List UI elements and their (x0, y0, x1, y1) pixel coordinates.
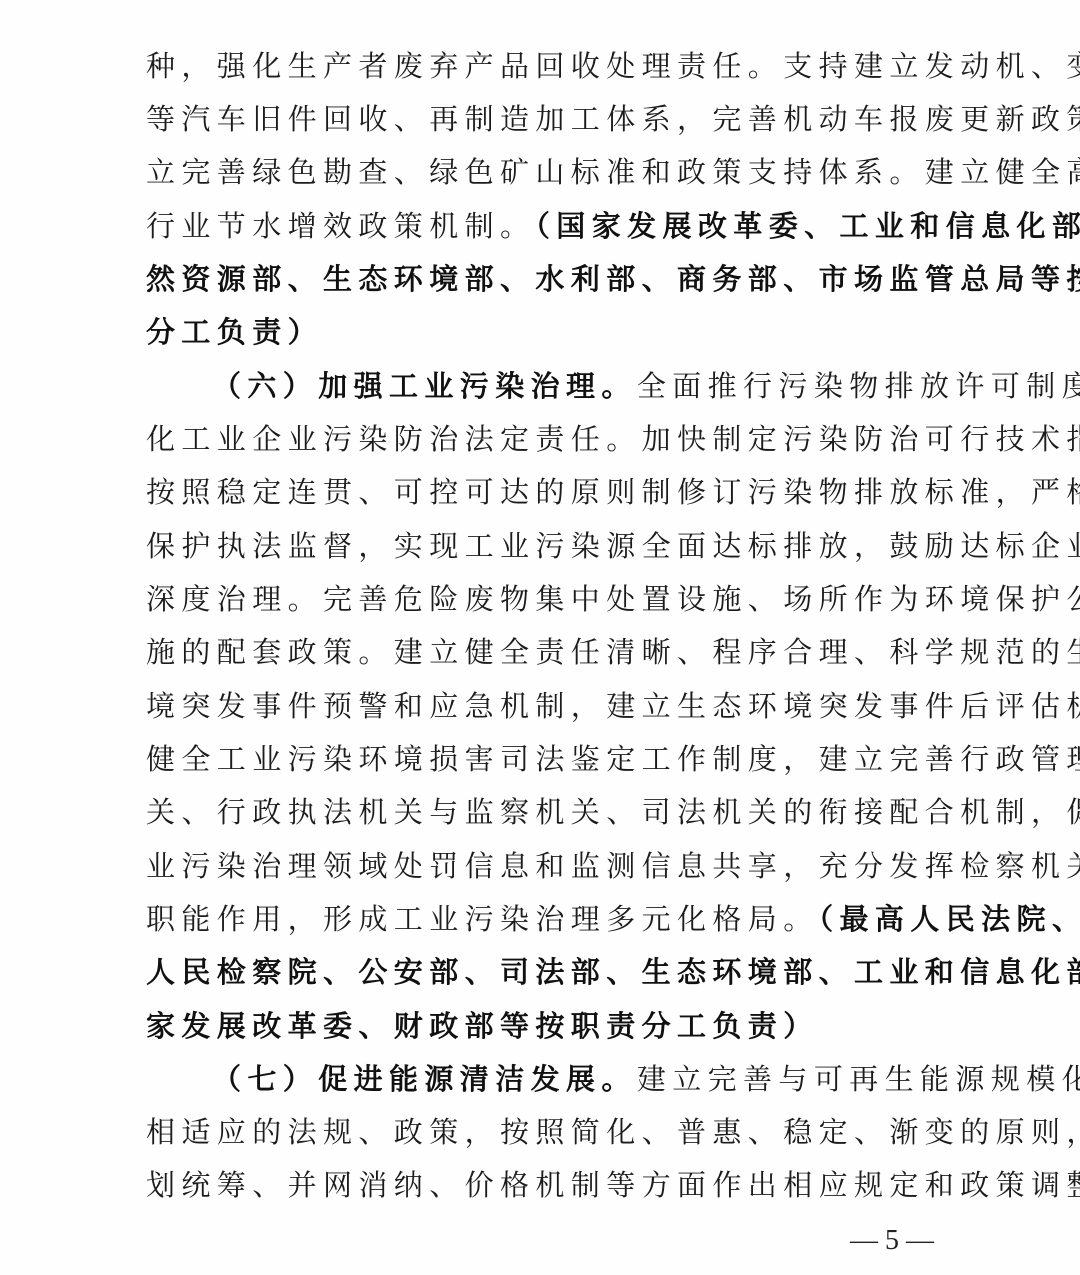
text-line: 施的配套政策。建立健全责任清晰、程序合理、科学规范的生态环 (146, 632, 946, 672)
text-line: 相适应的法规、政策，按照简化、普惠、稳定、渐变的原则，在规 (146, 1112, 946, 1152)
responsible-agencies-line: 然资源部、生态环境部、水利部、商务部、市场监管总局等按职责 (146, 259, 946, 299)
text-line: 境突发事件预警和应急机制，建立生态环境突发事件后评估机制。 (146, 686, 946, 726)
responsible-agencies-line: 家发展改革委、财政部等按职责分工负责） (146, 1006, 946, 1046)
text-run: 职能作用，形成工业污染治理多元化格局。 (146, 902, 819, 936)
document-page: 种，强化生产者废弃产品回收处理责任。支持建立发动机、变速箱 等汽车旧件回收、再制… (0, 0, 1080, 1275)
text-line: 划统筹、并网消纳、价格机制等方面作出相应规定和政策调整，建 (146, 1165, 946, 1205)
text-line: 等汽车旧件回收、再制造加工体系，完善机动车报废更新政策。建 (146, 99, 946, 139)
responsible-agencies: （最高人民法院、最高 (819, 902, 1080, 936)
responsible-agencies-line: 分工负责） (146, 312, 946, 352)
responsible-agencies: （国家发展改革委、工业和信息化部、自 (535, 209, 1080, 243)
text-line: 深度治理。完善危险废物集中处置设施、场所作为环境保护公共设 (146, 579, 946, 619)
text-run: 行业节水增效政策机制。 (146, 209, 535, 243)
text-line: 种，强化生产者废弃产品回收处理责任。支持建立发动机、变速箱 (146, 46, 946, 86)
text-line: 按照稳定连贯、可控可达的原则制修订污染物排放标准，严格环境 (146, 472, 946, 512)
text-run: 建立完善与可再生能源规模化发展 (637, 1062, 1080, 1096)
text-line: 行业节水增效政策机制。（国家发展改革委、工业和信息化部、自 (146, 206, 946, 246)
page-number: — 5 — (850, 1226, 940, 1256)
responsible-agencies-line: 人民检察院、公安部、司法部、生态环境部、工业和信息化部、国 (146, 952, 946, 992)
section-heading-line: （七）促进能源清洁发展。建立完善与可再生能源规模化发展 (212, 1059, 1012, 1099)
text-line: 立完善绿色勘查、绿色矿山标准和政策支持体系。建立健全高耗水 (146, 152, 946, 192)
text-line: 化工业企业污染防治法定责任。加快制定污染防治可行技术指南， (146, 419, 946, 459)
text-line: 业污染治理领域处罚信息和监测信息共享，充分发挥检察机关公益 (146, 846, 946, 886)
text-line: 职能作用，形成工业污染治理多元化格局。（最高人民法院、最高 (146, 899, 946, 939)
text-line: 关、行政执法机关与监察机关、司法机关的衔接配合机制，促进工 (146, 792, 946, 832)
text-run: 全面推行污染物排放许可制度，强 (637, 369, 1080, 403)
section-heading-line: （六）加强工业污染治理。全面推行污染物排放许可制度，强 (212, 366, 1012, 406)
text-line: 保护执法监督，实现工业污染源全面达标排放，鼓励达标企业实施 (146, 526, 946, 566)
section-6-heading: （六）加强工业污染治理。 (212, 369, 637, 403)
section-7-heading: （七）促进能源清洁发展。 (212, 1062, 637, 1096)
text-line: 健全工业污染环境损害司法鉴定工作制度，建立完善行政管理机 (146, 739, 946, 779)
